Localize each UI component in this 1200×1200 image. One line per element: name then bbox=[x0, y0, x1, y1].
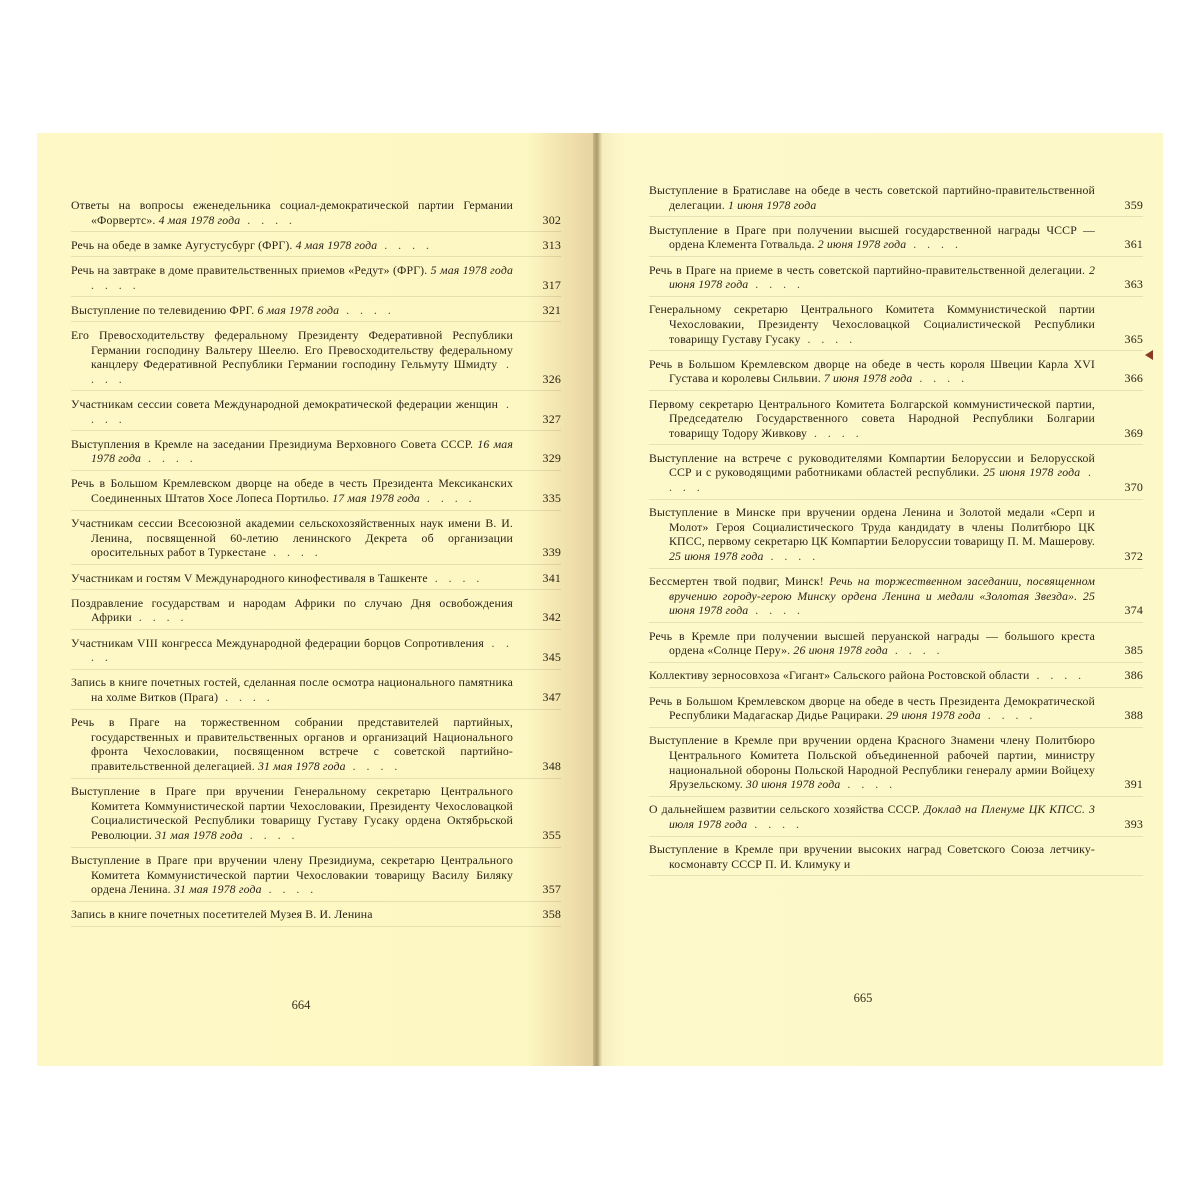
toc-entry-text: Выступление в Праге при вручении Генерал… bbox=[71, 784, 513, 842]
toc-entry-text: О дальнейшем развитии сельского хозяйств… bbox=[649, 802, 1095, 831]
toc-entry-title: Выступление в Кремле при вручении высоки… bbox=[649, 842, 1095, 871]
leader-dots: . . . . bbox=[262, 882, 318, 896]
toc-entry-page-number: 348 bbox=[521, 759, 561, 774]
toc-entry-date: 30 июня 1978 года bbox=[746, 777, 841, 791]
margin-marker-icon bbox=[1145, 350, 1153, 360]
toc-entry-page-number: 329 bbox=[521, 451, 561, 466]
toc-entry-title: Участникам сессии совета Международной д… bbox=[71, 397, 498, 411]
toc-entry: Участникам сессии совета Международной д… bbox=[71, 397, 561, 431]
toc-entry-date: 26 июня 1978 года bbox=[793, 643, 888, 657]
toc-entry: Выступления в Кремле на заседании Презид… bbox=[71, 437, 561, 471]
leader-dots: . . . . bbox=[141, 451, 197, 465]
toc-entry-page-number: 321 bbox=[521, 303, 561, 318]
leader-dots: . . . . bbox=[243, 828, 299, 842]
toc-entry-text: Первому секретарю Центрального Комитета … bbox=[649, 397, 1095, 441]
right-page: Выступление в Братиславе на обеде в чест… bbox=[603, 133, 1163, 1066]
leader-dots: . . . . bbox=[1030, 668, 1086, 682]
toc-entry-text: Речь на обеде в замке Аугустусбург (ФРГ)… bbox=[71, 238, 513, 253]
table-of-contents-right: Выступление в Братиславе на обеде в чест… bbox=[649, 183, 1143, 882]
toc-entry: Выступление в Кремле при вручении ордена… bbox=[649, 733, 1143, 796]
toc-entry: Речь в Праге на приеме в честь советской… bbox=[649, 263, 1143, 297]
toc-entry-date: 29 июня 1978 года bbox=[886, 708, 981, 722]
leader-dots: . . . . bbox=[764, 549, 820, 563]
leader-dots: . . . . bbox=[91, 278, 140, 292]
toc-entry: Запись в книге почетных посетителей Музе… bbox=[71, 907, 561, 927]
toc-entry-page-number: 355 bbox=[521, 828, 561, 843]
toc-entry-title: Выступление в Минске при вручении ордена… bbox=[649, 505, 1095, 548]
toc-entry: Участникам сессии Всесоюзной академии се… bbox=[71, 516, 561, 565]
toc-entry-title: Выступления в Кремле на заседании Презид… bbox=[71, 437, 473, 451]
leader-dots: . . . . bbox=[266, 545, 322, 559]
toc-entry-page-number: 357 bbox=[521, 882, 561, 897]
toc-entry: Генеральному секретарю Центрального Коми… bbox=[649, 302, 1143, 351]
toc-entry-date: 25 июня 1978 года bbox=[983, 465, 1080, 479]
toc-entry: Первому секретарю Центрального Комитета … bbox=[649, 397, 1143, 446]
toc-entry-page-number: 386 bbox=[1103, 668, 1143, 683]
toc-entry-text: Участникам VIII конгресса Международной … bbox=[71, 636, 513, 665]
toc-entry-page-number: 370 bbox=[1103, 480, 1143, 495]
toc-entry-title: Участникам VIII конгресса Международной … bbox=[71, 636, 484, 650]
toc-entry-page-number: 317 bbox=[521, 278, 561, 293]
toc-entry-text: Речь в Праге на торжественном собрании п… bbox=[71, 715, 513, 773]
toc-entry-title: Запись в книге почетных гостей, сделанна… bbox=[71, 675, 513, 704]
toc-entry-date: 2 июня 1978 года bbox=[818, 237, 907, 251]
toc-entry-text: Выступление в Праге при вручении члену П… bbox=[71, 853, 513, 897]
table-of-contents-left: Ответы на вопросы еженедельника социал-д… bbox=[71, 198, 561, 933]
toc-entry-text: Выступления в Кремле на заседании Презид… bbox=[71, 437, 513, 466]
toc-entry: Выступление по телевидению ФРГ. 6 мая 19… bbox=[71, 303, 561, 323]
toc-entry-page-number: 366 bbox=[1103, 371, 1143, 386]
toc-entry-date: 4 мая 1978 года bbox=[159, 213, 241, 227]
toc-entry: Запись в книге почетных гостей, сделанна… bbox=[71, 675, 561, 709]
toc-entry-title: Коллективу зерносовхоза «Гигант» Сальско… bbox=[649, 668, 1030, 682]
toc-entry-date: 25 июня 1978 года bbox=[669, 549, 764, 563]
toc-entry: Речь в Большом Кремлевском дворце на обе… bbox=[649, 694, 1143, 728]
leader-dots: . . . . bbox=[339, 303, 395, 317]
toc-entry-page-number: 341 bbox=[521, 571, 561, 586]
toc-entry-date: 7 июня 1978 года bbox=[824, 371, 913, 385]
toc-entry: Речь в Праге на торжественном собрании п… bbox=[71, 715, 561, 778]
toc-entry-text: Речь в Праге на приеме в честь советской… bbox=[649, 263, 1095, 292]
toc-entry-page-number: 313 bbox=[521, 238, 561, 253]
toc-entry-page-number: 369 bbox=[1103, 426, 1143, 441]
toc-entry-page-number: 326 bbox=[521, 372, 561, 387]
toc-entry-page-number: 358 bbox=[521, 907, 561, 922]
toc-entry-text: Речь на завтраке в доме правительственны… bbox=[71, 263, 513, 292]
toc-entry-page-number: 388 bbox=[1103, 708, 1143, 723]
toc-entry: Выступление в Кремле при вручении высоки… bbox=[649, 842, 1143, 876]
leader-dots: . . . . bbox=[748, 277, 804, 291]
leader-dots: . . . . bbox=[801, 332, 857, 346]
page-number-left: 664 bbox=[271, 998, 331, 1013]
toc-entry-date: 5 мая 1978 года bbox=[431, 263, 513, 277]
toc-entry: Речь в Большом Кремлевском дворце на обе… bbox=[649, 357, 1143, 391]
toc-entry-page-number: 347 bbox=[521, 690, 561, 705]
toc-entry-text: Выступление в Братиславе на обеде в чест… bbox=[649, 183, 1095, 212]
toc-entry-page-number: 365 bbox=[1103, 332, 1143, 347]
toc-entry-text: Участникам и гостям V Международного кин… bbox=[71, 571, 513, 586]
leader-dots: . . . . bbox=[840, 777, 896, 791]
toc-entry-page-number: 345 bbox=[521, 650, 561, 665]
toc-entry-text: Запись в книге почетных посетителей Музе… bbox=[71, 907, 513, 922]
toc-entry-page-number: 302 bbox=[521, 213, 561, 228]
toc-entry-text: Его Превосходительству федеральному През… bbox=[71, 328, 513, 386]
toc-entry-page-number: 374 bbox=[1103, 603, 1143, 618]
toc-entry-page-number: 342 bbox=[521, 610, 561, 625]
toc-entry-text: Выступление в Кремле при вручении высоки… bbox=[649, 842, 1095, 871]
toc-entry-text: Бессмертен твой подвиг, Минск! Речь на т… bbox=[649, 574, 1095, 618]
leader-dots: . . . . bbox=[420, 491, 476, 505]
toc-entry-date: 31 мая 1978 года bbox=[174, 882, 262, 896]
toc-entry-page-number: 335 bbox=[521, 491, 561, 506]
leader-dots: . . . . bbox=[240, 213, 296, 227]
leader-dots: . . . . bbox=[906, 237, 962, 251]
leader-dots: . . . . bbox=[377, 238, 433, 252]
toc-entry-date: 4 мая 1978 года bbox=[296, 238, 378, 252]
toc-entry: Речь в Кремле при получении высшей перуа… bbox=[649, 629, 1143, 663]
page-number-right: 665 bbox=[833, 991, 893, 1006]
toc-entry-text: Речь в Большом Кремлевском дворце на обе… bbox=[649, 694, 1095, 723]
toc-entry: Коллективу зерносовхоза «Гигант» Сальско… bbox=[649, 668, 1143, 688]
leader-dots: . . . . bbox=[981, 708, 1037, 722]
toc-entry: Речь на завтраке в доме правительственны… bbox=[71, 263, 561, 297]
toc-entry-title: Его Превосходительству федеральному През… bbox=[71, 328, 513, 371]
toc-entry: Речь на обеде в замке Аугустусбург (ФРГ)… bbox=[71, 238, 561, 258]
toc-entry-title: Речь на завтраке в доме правительственны… bbox=[71, 263, 427, 277]
toc-entry-title: Речь в Праге на приеме в честь советской… bbox=[649, 263, 1085, 277]
toc-entry-page-number: 361 bbox=[1103, 237, 1143, 252]
toc-entry-page-number: 393 bbox=[1103, 817, 1143, 832]
leader-dots: . . . . bbox=[888, 643, 944, 657]
toc-entry-title: Участникам и гостям V Международного кин… bbox=[71, 571, 428, 585]
left-page: Ответы на вопросы еженедельника социал-д… bbox=[37, 133, 593, 1066]
toc-entry-title: Бессмертен твой подвиг, Минск! bbox=[649, 574, 824, 588]
toc-entry: Поздравление государствам и народам Афри… bbox=[71, 596, 561, 630]
toc-entry-title: О дальнейшем развитии сельского хозяйств… bbox=[649, 802, 920, 816]
toc-entry-date: 17 мая 1978 года bbox=[332, 491, 420, 505]
toc-entry: Речь в Большом Кремлевском дворце на обе… bbox=[71, 476, 561, 510]
leader-dots: . . . . bbox=[346, 759, 402, 773]
toc-entry-text: Выступление в Праге при получении высшей… bbox=[649, 223, 1095, 252]
toc-entry-text: Поздравление государствам и народам Афри… bbox=[71, 596, 513, 625]
toc-entry-text: Выступление по телевидению ФРГ. 6 мая 19… bbox=[71, 303, 513, 318]
toc-entry-text: Участникам сессии совета Международной д… bbox=[71, 397, 513, 426]
toc-entry-date: 31 мая 1978 года bbox=[258, 759, 346, 773]
toc-entry-page-number: 385 bbox=[1103, 643, 1143, 658]
toc-entry-date: 1 июня 1978 года bbox=[728, 198, 817, 212]
toc-entry: Выступление в Братиславе на обеде в чест… bbox=[649, 183, 1143, 217]
toc-entry: Выступление в Минске при вручении ордена… bbox=[649, 505, 1143, 568]
toc-entry: Выступление в Праге при вручении члену П… bbox=[71, 853, 561, 902]
toc-entry-text: Генеральному секретарю Центрального Коми… bbox=[649, 302, 1095, 346]
toc-entry-page-number: 359 bbox=[1103, 198, 1143, 213]
toc-entry-date: 31 мая 1978 года bbox=[155, 828, 243, 842]
leader-dots: . . . . bbox=[912, 371, 968, 385]
toc-entry-text: Запись в книге почетных гостей, сделанна… bbox=[71, 675, 513, 704]
toc-entry-page-number: 339 bbox=[521, 545, 561, 560]
toc-entry-page-number: 363 bbox=[1103, 277, 1143, 292]
leader-dots: . . . . bbox=[807, 426, 863, 440]
toc-entry: Выступление на встрече с руководителями … bbox=[649, 451, 1143, 500]
leader-dots: . . . . bbox=[428, 571, 484, 585]
leader-dots: . . . . bbox=[748, 603, 804, 617]
toc-entry-date: 6 мая 1978 года bbox=[257, 303, 339, 317]
toc-entry-title: Выступление в Братиславе на обеде в чест… bbox=[649, 183, 1095, 212]
toc-entry: Его Превосходительству федеральному През… bbox=[71, 328, 561, 391]
toc-entry: Выступление в Праге при вручении Генерал… bbox=[71, 784, 561, 847]
toc-entry: Ответы на вопросы еженедельника социал-д… bbox=[71, 198, 561, 232]
leader-dots: . . . . bbox=[747, 817, 803, 831]
toc-entry-title: Запись в книге почетных посетителей Музе… bbox=[71, 907, 373, 921]
toc-entry-text: Коллективу зерносовхоза «Гигант» Сальско… bbox=[649, 668, 1095, 683]
toc-entry: Участникам VIII конгресса Международной … bbox=[71, 636, 561, 670]
toc-entry-text: Выступление на встрече с руководителями … bbox=[649, 451, 1095, 495]
toc-entry-text: Участникам сессии Всесоюзной академии се… bbox=[71, 516, 513, 560]
toc-entry-title: Генеральному секретарю Центрального Коми… bbox=[649, 302, 1095, 345]
toc-entry-text: Выступление в Минске при вручении ордена… bbox=[649, 505, 1095, 563]
toc-entry-text: Выступление в Кремле при вручении ордена… bbox=[649, 733, 1095, 791]
toc-entry: О дальнейшем развитии сельского хозяйств… bbox=[649, 802, 1143, 836]
toc-entry: Бессмертен твой подвиг, Минск! Речь на т… bbox=[649, 574, 1143, 623]
toc-entry: Выступление в Праге при получении высшей… bbox=[649, 223, 1143, 257]
leader-dots: . . . . bbox=[132, 610, 188, 624]
toc-entry-page-number: 391 bbox=[1103, 777, 1143, 792]
open-book-spread: Ответы на вопросы еженедельника социал-д… bbox=[37, 133, 1163, 1066]
toc-entry-title: Первому секретарю Центрального Комитета … bbox=[649, 397, 1095, 440]
leader-dots: . . . . bbox=[218, 690, 274, 704]
toc-entry-title: Выступление по телевидению ФРГ. bbox=[71, 303, 254, 317]
toc-entry-text: Речь в Кремле при получении высшей перуа… bbox=[649, 629, 1095, 658]
toc-entry-page-number: 327 bbox=[521, 412, 561, 427]
toc-entry-text: Речь в Большом Кремлевском дворце на обе… bbox=[649, 357, 1095, 386]
toc-entry-text: Ответы на вопросы еженедельника социал-д… bbox=[71, 198, 513, 227]
toc-entry-text: Речь в Большом Кремлевском дворце на обе… bbox=[71, 476, 513, 505]
toc-entry-title: Речь на обеде в замке Аугустусбург (ФРГ)… bbox=[71, 238, 293, 252]
book-gutter bbox=[593, 133, 603, 1066]
toc-entry: Участникам и гостям V Международного кин… bbox=[71, 571, 561, 591]
toc-entry-page-number: 372 bbox=[1103, 549, 1143, 564]
